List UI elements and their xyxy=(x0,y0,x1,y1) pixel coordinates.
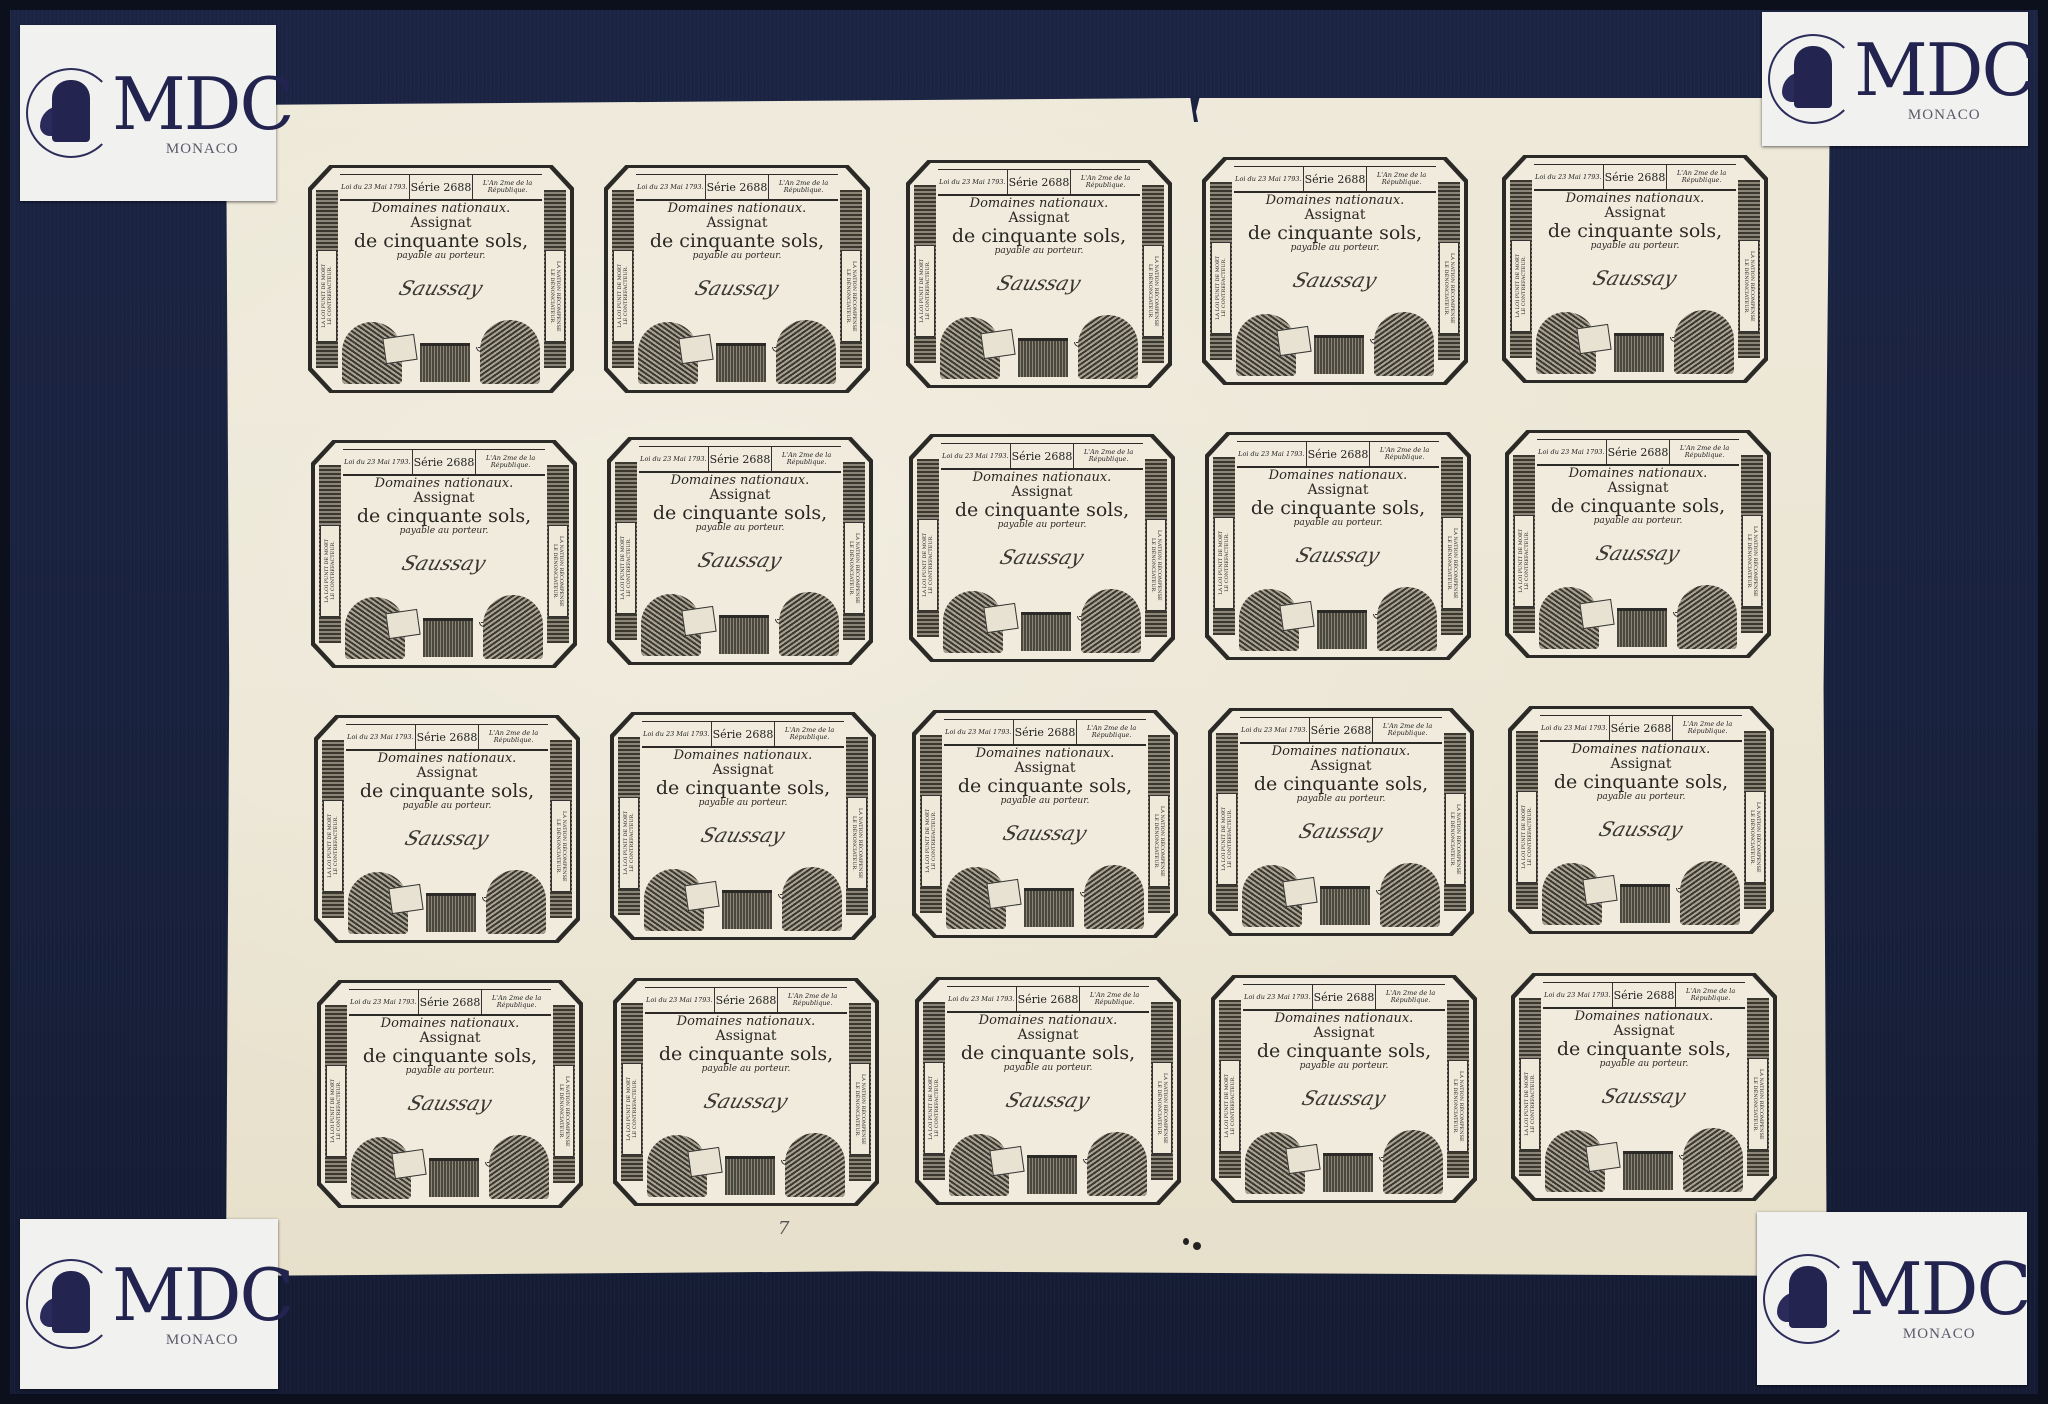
assignat-title: Assignat xyxy=(1540,757,1742,772)
signature: Saussay xyxy=(1508,817,1774,841)
domaines-heading: Domaines nationaux. xyxy=(1537,467,1739,481)
note-header: Loi du 23 Mai 1793. Série 2688 L'An 2me … xyxy=(1240,717,1442,744)
seated-figure-right-icon xyxy=(480,320,540,384)
seated-figure-right-icon xyxy=(1084,865,1144,929)
domaines-heading: Domaines nationaux. xyxy=(944,747,1146,761)
brand-subtitle: MONACO xyxy=(1903,1326,1976,1343)
seated-figure-right-icon xyxy=(489,1135,549,1199)
serie-number: Série 2688 xyxy=(410,175,474,199)
domaines-heading: Domaines nationaux. xyxy=(947,1014,1149,1028)
allegorical-vignette xyxy=(640,865,846,931)
domaines-heading: Domaines nationaux. xyxy=(349,1017,551,1031)
note-body: Domaines nationaux. Assignat de cinquant… xyxy=(938,197,1140,257)
serie-number: Série 2688 xyxy=(1008,170,1072,194)
domaines-heading: Domaines nationaux. xyxy=(340,202,542,216)
ink-spot xyxy=(1183,1238,1189,1245)
law-date: Loi du 23 Mai 1793. xyxy=(1234,167,1304,191)
law-tablet-icon xyxy=(391,1149,426,1179)
note-header: Loi du 23 Mai 1793. Série 2688 L'An 2me … xyxy=(343,449,545,476)
seal-icon xyxy=(26,1259,116,1349)
allegorical-vignette xyxy=(344,868,550,934)
law-tablet-icon xyxy=(989,1146,1024,1176)
ink-spot xyxy=(1193,1242,1201,1250)
domaines-heading: Domaines nationaux. xyxy=(346,752,548,766)
payable-line: payable au porteur. xyxy=(1234,243,1436,254)
denomination: de cinquante sols, xyxy=(346,781,548,801)
assignat-title: Assignat xyxy=(340,216,542,231)
note-face: LA LOI PUNIT DE MORT LE CONTREFACTEUR. L… xyxy=(1209,435,1467,657)
seated-figure-right-icon xyxy=(486,870,546,934)
allegorical-vignette xyxy=(634,318,840,384)
domaines-heading: Domaines nationaux. xyxy=(938,197,1140,211)
payable-line: payable au porteur. xyxy=(947,1063,1149,1074)
serie-number: Série 2688 xyxy=(419,990,483,1014)
note-body: Domaines nationaux. Assignat de cinquant… xyxy=(944,747,1146,807)
denomination: de cinquante sols, xyxy=(642,778,844,798)
republic-year: L'An 2me de la République. xyxy=(1077,720,1146,744)
seated-figure-right-icon xyxy=(1383,1130,1443,1194)
payable-line: payable au porteur. xyxy=(1243,1061,1445,1072)
brand-logo: MDC xyxy=(1854,35,2035,105)
law-date: Loi du 23 Mai 1793. xyxy=(1243,985,1313,1009)
assignat-title: Assignat xyxy=(636,216,838,231)
signature: Saussay xyxy=(308,276,574,300)
serie-number: Série 2688 xyxy=(1607,440,1671,464)
note-body: Domaines nationaux. Assignat de cinquant… xyxy=(645,1015,847,1075)
law-tablet-icon xyxy=(684,881,719,911)
seated-figure-right-icon xyxy=(1078,315,1138,379)
denomination: de cinquante sols, xyxy=(938,226,1140,246)
assignat-title: Assignat xyxy=(645,1029,847,1044)
allegorical-vignette xyxy=(643,1131,849,1197)
signature: Saussay xyxy=(1502,266,1768,290)
seated-figure-right-icon xyxy=(1674,310,1734,374)
assignat-note-r4-c2: LA LOI PUNIT DE MORT LE CONTREFACTEUR. L… xyxy=(613,978,879,1206)
payable-line: payable au porteur. xyxy=(343,526,545,537)
seated-figure-right-icon xyxy=(1683,1128,1743,1192)
signature: Saussay xyxy=(604,276,870,300)
domaines-heading: Domaines nationaux. xyxy=(1534,192,1736,206)
law-date: Loi du 23 Mai 1793. xyxy=(340,175,410,199)
law-date: Loi du 23 Mai 1793. xyxy=(1540,716,1610,740)
watermark-card-top-left: MDCMONACO xyxy=(20,25,276,201)
law-tablet-icon xyxy=(1282,877,1317,907)
payable-line: payable au porteur. xyxy=(1534,241,1736,252)
republic-year: L'An 2me de la République. xyxy=(479,725,548,749)
note-face: LA LOI PUNIT DE MORT LE CONTREFACTEUR. L… xyxy=(916,713,1174,935)
serie-number: Série 2688 xyxy=(1613,983,1677,1007)
note-body: Domaines nationaux. Assignat de cinquant… xyxy=(340,202,542,262)
denomination: de cinquante sols, xyxy=(636,231,838,251)
seated-figure-right-icon xyxy=(1677,585,1737,649)
assignat-note-r3-c3: LA LOI PUNIT DE MORT LE CONTREFACTEUR. L… xyxy=(912,710,1178,938)
allegorical-vignette xyxy=(1535,583,1741,649)
law-tablet-icon xyxy=(1579,599,1614,629)
note-body: Domaines nationaux. Assignat de cinquant… xyxy=(1543,1010,1745,1070)
signature: Saussay xyxy=(1511,1084,1777,1108)
note-body: Domaines nationaux. Assignat de cinquant… xyxy=(1537,467,1739,527)
altar-icon xyxy=(1021,612,1071,651)
allegorical-vignette xyxy=(1538,859,1744,925)
serie-number: Série 2688 xyxy=(1304,167,1368,191)
payable-line: payable au porteur. xyxy=(1537,516,1739,527)
sheet-number-marking: 7 xyxy=(778,1218,789,1239)
serie-number: Série 2688 xyxy=(1610,716,1674,740)
altar-icon xyxy=(1314,335,1364,374)
domaines-heading: Domaines nationaux. xyxy=(1237,469,1439,483)
note-header: Loi du 23 Mai 1793. Série 2688 L'An 2me … xyxy=(1243,984,1445,1011)
republic-year: L'An 2me de la République. xyxy=(1376,985,1445,1009)
assignat-note-r3-c4: LA LOI PUNIT DE MORT LE CONTREFACTEUR. L… xyxy=(1208,708,1474,936)
assignat-title: Assignat xyxy=(1243,1026,1445,1041)
law-date: Loi du 23 Mai 1793. xyxy=(947,987,1017,1011)
denomination: de cinquante sols, xyxy=(1240,774,1442,794)
republic-year: L'An 2me de la République. xyxy=(476,450,545,474)
republic-year: L'An 2me de la République. xyxy=(1370,442,1439,466)
seated-figure-right-icon xyxy=(1680,861,1740,925)
assignat-title: Assignat xyxy=(944,761,1146,776)
serie-number: Série 2688 xyxy=(1313,985,1377,1009)
assignat-title: Assignat xyxy=(349,1031,551,1046)
altar-icon xyxy=(1623,1151,1673,1190)
republic-year: L'An 2me de la République. xyxy=(1074,444,1143,468)
serie-number: Série 2688 xyxy=(1307,442,1371,466)
watermark-card-top-right: MDCMONACO xyxy=(1762,12,2028,146)
note-face: LA LOI PUNIT DE MORT LE CONTREFACTEUR. L… xyxy=(1215,978,1473,1200)
altar-icon xyxy=(429,1158,479,1197)
payable-line: payable au porteur. xyxy=(645,1064,847,1075)
assignat-note-r1-c5: LA LOI PUNIT DE MORT LE CONTREFACTEUR. L… xyxy=(1502,155,1768,383)
assignat-note-r1-c1: LA LOI PUNIT DE MORT LE CONTREFACTEUR. L… xyxy=(308,165,574,393)
note-header: Loi du 23 Mai 1793. Série 2688 L'An 2me … xyxy=(642,721,844,748)
note-header: Loi du 23 Mai 1793. Série 2688 L'An 2me … xyxy=(636,174,838,201)
republic-year: L'An 2me de la République. xyxy=(1676,983,1745,1007)
assignat-title: Assignat xyxy=(642,763,844,778)
note-body: Domaines nationaux. Assignat de cinquant… xyxy=(642,749,844,809)
note-body: Domaines nationaux. Assignat de cinquant… xyxy=(1234,194,1436,254)
altar-icon xyxy=(716,343,766,382)
note-face: LA LOI PUNIT DE MORT LE CONTREFACTEUR. L… xyxy=(919,980,1177,1202)
signature: Saussay xyxy=(1202,268,1468,292)
note-header: Loi du 23 Mai 1793. Série 2688 L'An 2me … xyxy=(941,443,1143,470)
altar-icon xyxy=(1323,1153,1373,1192)
assignat-title: Assignat xyxy=(1240,759,1442,774)
signature: Saussay xyxy=(915,1088,1181,1112)
allegorical-vignette xyxy=(1232,310,1438,376)
serie-number: Série 2688 xyxy=(413,450,477,474)
note-header: Loi du 23 Mai 1793. Série 2688 L'An 2me … xyxy=(1237,441,1439,468)
note-header: Loi du 23 Mai 1793. Série 2688 L'An 2me … xyxy=(645,987,847,1014)
law-date: Loi du 23 Mai 1793. xyxy=(346,725,416,749)
note-face: LA LOI PUNIT DE MORT LE CONTREFACTEUR. L… xyxy=(611,440,869,662)
denomination: de cinquante sols, xyxy=(340,231,542,251)
serie-number: Série 2688 xyxy=(706,175,770,199)
seated-figure-right-icon xyxy=(1081,589,1141,653)
signature: Saussay xyxy=(1205,543,1471,567)
republic-year: L'An 2me de la République. xyxy=(1667,165,1736,189)
altar-icon xyxy=(725,1156,775,1195)
assignat-note-r3-c5: LA LOI PUNIT DE MORT LE CONTREFACTEUR. L… xyxy=(1508,706,1774,934)
serie-number: Série 2688 xyxy=(715,988,779,1012)
altar-icon xyxy=(1317,610,1367,649)
denomination: de cinquante sols, xyxy=(1234,223,1436,243)
altar-icon xyxy=(1617,608,1667,647)
signature: Saussay xyxy=(1208,819,1474,843)
signature: Saussay xyxy=(912,821,1178,845)
allegorical-vignette xyxy=(1238,861,1444,927)
assignat-title: Assignat xyxy=(941,485,1143,500)
serie-number: Série 2688 xyxy=(712,722,776,746)
law-date: Loi du 23 Mai 1793. xyxy=(1537,440,1607,464)
assignat-note-r3-c1: LA LOI PUNIT DE MORT LE CONTREFACTEUR. L… xyxy=(314,715,580,943)
note-body: Domaines nationaux. Assignat de cinquant… xyxy=(1540,743,1742,803)
law-tablet-icon xyxy=(382,334,417,364)
brand-logo: MDC xyxy=(112,69,293,139)
note-face: LA LOI PUNIT DE MORT LE CONTREFACTEUR. L… xyxy=(1212,711,1470,933)
signature: Saussay xyxy=(1211,1086,1477,1110)
signature: Saussay xyxy=(613,1089,879,1113)
assignat-title: Assignat xyxy=(1234,208,1436,223)
assignat-note-r4-c1: LA LOI PUNIT DE MORT LE CONTREFACTEUR. L… xyxy=(317,980,583,1208)
republic-year: L'An 2me de la République. xyxy=(1080,987,1149,1011)
note-face: LA LOI PUNIT DE MORT LE CONTREFACTEUR. L… xyxy=(1512,709,1770,931)
note-face: LA LOI PUNIT DE MORT LE CONTREFACTEUR. L… xyxy=(614,715,872,937)
payable-line: payable au porteur. xyxy=(639,523,841,534)
note-header: Loi du 23 Mai 1793. Série 2688 L'An 2me … xyxy=(944,719,1146,746)
seated-figure-right-icon xyxy=(483,595,543,659)
seated-figure-right-icon xyxy=(1374,312,1434,376)
note-body: Domaines nationaux. Assignat de cinquant… xyxy=(1240,745,1442,805)
denomination: de cinquante sols, xyxy=(941,500,1143,520)
denomination: de cinquante sols, xyxy=(349,1046,551,1066)
note-header: Loi du 23 Mai 1793. Série 2688 L'An 2me … xyxy=(346,724,548,751)
republic-year: L'An 2me de la République. xyxy=(1670,440,1739,464)
note-face: LA LOI PUNIT DE MORT LE CONTREFACTEUR. L… xyxy=(910,163,1168,385)
republic-year: L'An 2me de la République. xyxy=(473,175,542,199)
seal-icon xyxy=(1763,1254,1853,1344)
allegorical-vignette xyxy=(1241,1128,1447,1194)
assignat-title: Assignat xyxy=(346,766,548,781)
note-face: LA LOI PUNIT DE MORT LE CONTREFACTEUR. L… xyxy=(312,168,570,390)
brand-logo: MDC xyxy=(112,1260,293,1330)
signature: Saussay xyxy=(1505,541,1771,565)
republic-year: L'An 2me de la République. xyxy=(775,722,844,746)
brand-subtitle: MONACO xyxy=(166,141,239,158)
brand-subtitle: MONACO xyxy=(166,1332,239,1349)
seated-figure-right-icon xyxy=(1087,1132,1147,1196)
payable-line: payable au porteur. xyxy=(346,801,548,812)
signature: Saussay xyxy=(607,548,873,572)
allegorical-vignette xyxy=(1532,308,1738,374)
allegorical-vignette xyxy=(945,1130,1151,1196)
assignat-note-r2-c1: LA LOI PUNIT DE MORT LE CONTREFACTEUR. L… xyxy=(311,440,577,668)
note-face: LA LOI PUNIT DE MORT LE CONTREFACTEUR. L… xyxy=(913,437,1171,659)
law-date: Loi du 23 Mai 1793. xyxy=(1240,718,1310,742)
law-tablet-icon xyxy=(687,1147,722,1177)
serie-number: Série 2688 xyxy=(1604,165,1668,189)
denomination: de cinquante sols, xyxy=(947,1043,1149,1063)
seated-figure-right-icon xyxy=(1380,863,1440,927)
law-tablet-icon xyxy=(678,334,713,364)
signature: Saussay xyxy=(909,545,1175,569)
payable-line: payable au porteur. xyxy=(944,796,1146,807)
note-face: LA LOI PUNIT DE MORT LE CONTREFACTEUR. L… xyxy=(608,168,866,390)
domaines-heading: Domaines nationaux. xyxy=(642,749,844,763)
law-date: Loi du 23 Mai 1793. xyxy=(636,175,706,199)
law-tablet-icon xyxy=(388,884,423,914)
allegorical-vignette xyxy=(942,863,1148,929)
assignat-note-r4-c5: LA LOI PUNIT DE MORT LE CONTREFACTEUR. L… xyxy=(1511,973,1777,1201)
law-date: Loi du 23 Mai 1793. xyxy=(938,170,1008,194)
domaines-heading: Domaines nationaux. xyxy=(639,474,841,488)
serie-number: Série 2688 xyxy=(1017,987,1081,1011)
republic-year: L'An 2me de la République. xyxy=(778,988,847,1012)
domaines-heading: Domaines nationaux. xyxy=(1234,194,1436,208)
denomination: de cinquante sols, xyxy=(1537,496,1739,516)
note-face: LA LOI PUNIT DE MORT LE CONTREFACTEUR. L… xyxy=(1206,160,1464,382)
note-face: LA LOI PUNIT DE MORT LE CONTREFACTEUR. L… xyxy=(1509,433,1767,655)
law-tablet-icon xyxy=(1285,1144,1320,1174)
note-face: LA LOI PUNIT DE MORT LE CONTREFACTEUR. L… xyxy=(318,718,576,940)
law-date: Loi du 23 Mai 1793. xyxy=(642,722,712,746)
allegorical-vignette xyxy=(1235,585,1441,651)
assignat-note-r3-c2: LA LOI PUNIT DE MORT LE CONTREFACTEUR. L… xyxy=(610,712,876,940)
allegorical-vignette xyxy=(347,1133,553,1199)
assignat-note-r1-c4: LA LOI PUNIT DE MORT LE CONTREFACTEUR. L… xyxy=(1202,157,1468,385)
watermark-card-bottom-left: MDCMONACO xyxy=(20,1219,278,1389)
brand-logo: MDC xyxy=(1849,1254,2030,1324)
assignat-title: Assignat xyxy=(639,488,841,503)
note-header: Loi du 23 Mai 1793. Série 2688 L'An 2me … xyxy=(947,986,1149,1013)
allegorical-vignette xyxy=(936,313,1142,379)
assignat-title: Assignat xyxy=(1537,481,1739,496)
law-date: Loi du 23 Mai 1793. xyxy=(1543,983,1613,1007)
domaines-heading: Domaines nationaux. xyxy=(343,477,545,491)
domaines-heading: Domaines nationaux. xyxy=(1243,1012,1445,1026)
payable-line: payable au porteur. xyxy=(340,251,542,262)
brand-subtitle: MONACO xyxy=(1908,107,1981,124)
note-face: LA LOI PUNIT DE MORT LE CONTREFACTEUR. L… xyxy=(321,983,579,1205)
assignat-note-r2-c2: LA LOI PUNIT DE MORT LE CONTREFACTEUR. L… xyxy=(607,437,873,665)
assignat-title: Assignat xyxy=(947,1028,1149,1043)
note-header: Loi du 23 Mai 1793. Série 2688 L'An 2me … xyxy=(639,446,841,473)
law-tablet-icon xyxy=(1576,324,1611,354)
law-tablet-icon xyxy=(385,609,420,639)
payable-line: payable au porteur. xyxy=(1543,1059,1745,1070)
serie-number: Série 2688 xyxy=(1011,444,1075,468)
law-date: Loi du 23 Mai 1793. xyxy=(1237,442,1307,466)
note-face: LA LOI PUNIT DE MORT LE CONTREFACTEUR. L… xyxy=(315,443,573,665)
republic-year: L'An 2me de la République. xyxy=(1673,716,1742,740)
domaines-heading: Domaines nationaux. xyxy=(645,1015,847,1029)
note-body: Domaines nationaux. Assignat de cinquant… xyxy=(636,202,838,262)
law-date: Loi du 23 Mai 1793. xyxy=(944,720,1014,744)
allegorical-vignette xyxy=(1541,1126,1747,1192)
note-header: Loi du 23 Mai 1793. Série 2688 L'An 2me … xyxy=(1234,166,1436,193)
signature: Saussay xyxy=(906,271,1172,295)
payable-line: payable au porteur. xyxy=(1540,792,1742,803)
assignat-note-r1-c3: LA LOI PUNIT DE MORT LE CONTREFACTEUR. L… xyxy=(906,160,1172,388)
assignat-note-r1-c2: LA LOI PUNIT DE MORT LE CONTREFACTEUR. L… xyxy=(604,165,870,393)
assignat-note-r2-c4: LA LOI PUNIT DE MORT LE CONTREFACTEUR. L… xyxy=(1205,432,1471,660)
denomination: de cinquante sols, xyxy=(1534,221,1736,241)
seated-figure-right-icon xyxy=(1377,587,1437,651)
allegorical-vignette xyxy=(939,587,1145,653)
republic-year: L'An 2me de la République. xyxy=(1367,167,1436,191)
signature: Saussay xyxy=(311,551,577,575)
note-header: Loi du 23 Mai 1793. Série 2688 L'An 2me … xyxy=(1543,982,1745,1009)
payable-line: payable au porteur. xyxy=(636,251,838,262)
altar-icon xyxy=(1320,886,1370,925)
note-body: Domaines nationaux. Assignat de cinquant… xyxy=(1237,469,1439,529)
law-date: Loi du 23 Mai 1793. xyxy=(349,990,419,1014)
law-date: Loi du 23 Mai 1793. xyxy=(639,447,709,471)
republic-year: L'An 2me de la République. xyxy=(772,447,841,471)
seated-figure-right-icon xyxy=(782,867,842,931)
note-header: Loi du 23 Mai 1793. Série 2688 L'An 2me … xyxy=(1534,164,1736,191)
altar-icon xyxy=(1024,888,1074,927)
signature: Saussay xyxy=(610,823,876,847)
republic-year: L'An 2me de la République. xyxy=(482,990,551,1014)
altar-icon xyxy=(1027,1155,1077,1194)
denomination: de cinquante sols, xyxy=(1540,772,1742,792)
law-tablet-icon xyxy=(1582,875,1617,905)
law-date: Loi du 23 Mai 1793. xyxy=(645,988,715,1012)
payable-line: payable au porteur. xyxy=(642,798,844,809)
payable-line: payable au porteur. xyxy=(349,1066,551,1077)
law-tablet-icon xyxy=(681,606,716,636)
note-face: LA LOI PUNIT DE MORT LE CONTREFACTEUR. L… xyxy=(1506,158,1764,380)
note-header: Loi du 23 Mai 1793. Série 2688 L'An 2me … xyxy=(340,174,542,201)
note-body: Domaines nationaux. Assignat de cinquant… xyxy=(941,471,1143,531)
assignat-note-r4-c3: LA LOI PUNIT DE MORT LE CONTREFACTEUR. L… xyxy=(915,977,1181,1205)
note-face: LA LOI PUNIT DE MORT LE CONTREFACTEUR. L… xyxy=(617,981,875,1203)
law-tablet-icon xyxy=(986,879,1021,909)
assignat-note-r2-c3: LA LOI PUNIT DE MORT LE CONTREFACTEUR. L… xyxy=(909,434,1175,662)
altar-icon xyxy=(1620,884,1670,923)
payable-line: payable au porteur. xyxy=(941,520,1143,531)
allegorical-vignette xyxy=(338,318,544,384)
assignat-note-r4-c4: LA LOI PUNIT DE MORT LE CONTREFACTEUR. L… xyxy=(1211,975,1477,1203)
domaines-heading: Domaines nationaux. xyxy=(1240,745,1442,759)
note-header: Loi du 23 Mai 1793. Série 2688 L'An 2me … xyxy=(938,169,1140,196)
denomination: de cinquante sols, xyxy=(944,776,1146,796)
republic-year: L'An 2me de la République. xyxy=(1071,170,1140,194)
law-date: Loi du 23 Mai 1793. xyxy=(343,450,413,474)
assignat-title: Assignat xyxy=(1237,483,1439,498)
law-date: Loi du 23 Mai 1793. xyxy=(941,444,1011,468)
denomination: de cinquante sols, xyxy=(645,1044,847,1064)
note-face: LA LOI PUNIT DE MORT LE CONTREFACTEUR. L… xyxy=(1515,976,1773,1198)
altar-icon xyxy=(423,618,473,657)
note-body: Domaines nationaux. Assignat de cinquant… xyxy=(639,474,841,534)
denomination: de cinquante sols, xyxy=(1243,1041,1445,1061)
seated-figure-right-icon xyxy=(785,1133,845,1197)
note-body: Domaines nationaux. Assignat de cinquant… xyxy=(1534,192,1736,252)
watermark-card-bottom-right: MDCMONACO xyxy=(1757,1212,2027,1385)
assignat-title: Assignat xyxy=(343,491,545,506)
note-body: Domaines nationaux. Assignat de cinquant… xyxy=(343,477,545,537)
denomination: de cinquante sols, xyxy=(343,506,545,526)
note-body: Domaines nationaux. Assignat de cinquant… xyxy=(349,1017,551,1077)
domaines-heading: Domaines nationaux. xyxy=(1540,743,1742,757)
allegorical-vignette xyxy=(637,590,843,656)
payable-line: payable au porteur. xyxy=(938,246,1140,257)
denomination: de cinquante sols, xyxy=(639,503,841,523)
payable-line: payable au porteur. xyxy=(1237,518,1439,529)
assignat-note-r2-c5: LA LOI PUNIT DE MORT LE CONTREFACTEUR. L… xyxy=(1505,430,1771,658)
serie-number: Série 2688 xyxy=(1014,720,1078,744)
